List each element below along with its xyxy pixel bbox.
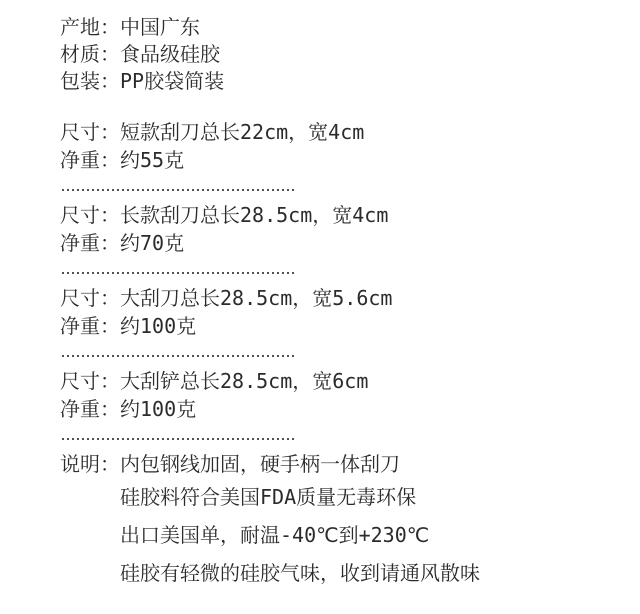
size-value: 长款刮刀总长28.5cm，宽4cm <box>120 203 388 227</box>
dotted-divider <box>62 272 294 274</box>
weight-label: 净重： <box>60 314 120 338</box>
notes-section: 说明：内包钢线加固，硬手柄一体刮刀 硅胶料符合美国FDA质量无毒环保 出口美国单… <box>60 450 640 592</box>
weight-row: 净重：约55克 <box>60 146 640 174</box>
size-row: 尺寸：大刮铲总长28.5cm，宽6cm <box>60 367 640 395</box>
dotted-divider <box>62 355 294 357</box>
note-line-reinforcement: 说明：内包钢线加固，硬手柄一体刮刀 <box>60 450 640 478</box>
spec-block-long-scraper: 尺寸：长款刮刀总长28.5cm，宽4cm 净重：约70克 <box>60 201 640 257</box>
weight-value: 约100克 <box>120 314 196 338</box>
dotted-divider <box>62 438 294 440</box>
size-label: 尺寸： <box>60 286 120 310</box>
weight-value: 约100克 <box>120 397 196 421</box>
spec-block-large-spatula: 尺寸：大刮铲总长28.5cm，宽6cm 净重：约100克 <box>60 367 640 423</box>
weight-row: 净重：约70克 <box>60 229 640 257</box>
origin-row: 产地：中国广东 <box>60 14 640 41</box>
basic-info-section: 产地：中国广东 材质：食品级硅胶 包装：PP胶袋简装 <box>60 14 640 95</box>
weight-label: 净重： <box>60 231 120 255</box>
weight-value: 约70克 <box>120 231 184 255</box>
material-label: 材质： <box>60 42 120 66</box>
size-value: 大刮铲总长28.5cm，宽6cm <box>120 369 368 393</box>
note-line-smell: 硅胶有轻微的硅胶气味，收到请通风散味 <box>60 554 640 592</box>
size-value: 短款刮刀总长22cm，宽4cm <box>120 120 364 144</box>
weight-label: 净重： <box>60 397 120 421</box>
packaging-label: 包装： <box>60 69 120 93</box>
size-value: 大刮刀总长28.5cm，宽5.6cm <box>120 286 392 310</box>
note-text: 内包钢线加固，硬手柄一体刮刀 <box>120 452 400 476</box>
note-line-fda: 硅胶料符合美国FDA质量无毒环保 <box>60 478 640 516</box>
spec-block-short-scraper: 尺寸：短款刮刀总长22cm，宽4cm 净重：约55克 <box>60 118 640 174</box>
size-label: 尺寸： <box>60 120 120 144</box>
size-row: 尺寸：大刮刀总长28.5cm，宽5.6cm <box>60 284 640 312</box>
origin-value: 中国广东 <box>120 15 200 39</box>
product-spec-document: 产地：中国广东 材质：食品级硅胶 包装：PP胶袋简装 尺寸：短款刮刀总长22cm… <box>0 0 640 592</box>
material-row: 材质：食品级硅胶 <box>60 41 640 68</box>
weight-label: 净重： <box>60 148 120 172</box>
size-row: 尺寸：长款刮刀总长28.5cm，宽4cm <box>60 201 640 229</box>
size-label: 尺寸： <box>60 203 120 227</box>
dotted-divider <box>62 189 294 191</box>
weight-row: 净重：约100克 <box>60 312 640 340</box>
size-label: 尺寸： <box>60 369 120 393</box>
spec-block-large-scraper: 尺寸：大刮刀总长28.5cm，宽5.6cm 净重：约100克 <box>60 284 640 340</box>
note-line-temperature: 出口美国单，耐温-40℃到+230℃ <box>60 516 640 554</box>
weight-value: 约55克 <box>120 148 184 172</box>
size-row: 尺寸：短款刮刀总长22cm，宽4cm <box>60 118 640 146</box>
weight-row: 净重：约100克 <box>60 395 640 423</box>
packaging-value: PP胶袋简装 <box>120 69 224 93</box>
packaging-row: 包装：PP胶袋简装 <box>60 68 640 95</box>
material-value: 食品级硅胶 <box>120 42 220 66</box>
origin-label: 产地： <box>60 15 120 39</box>
notes-label: 说明： <box>60 452 120 476</box>
